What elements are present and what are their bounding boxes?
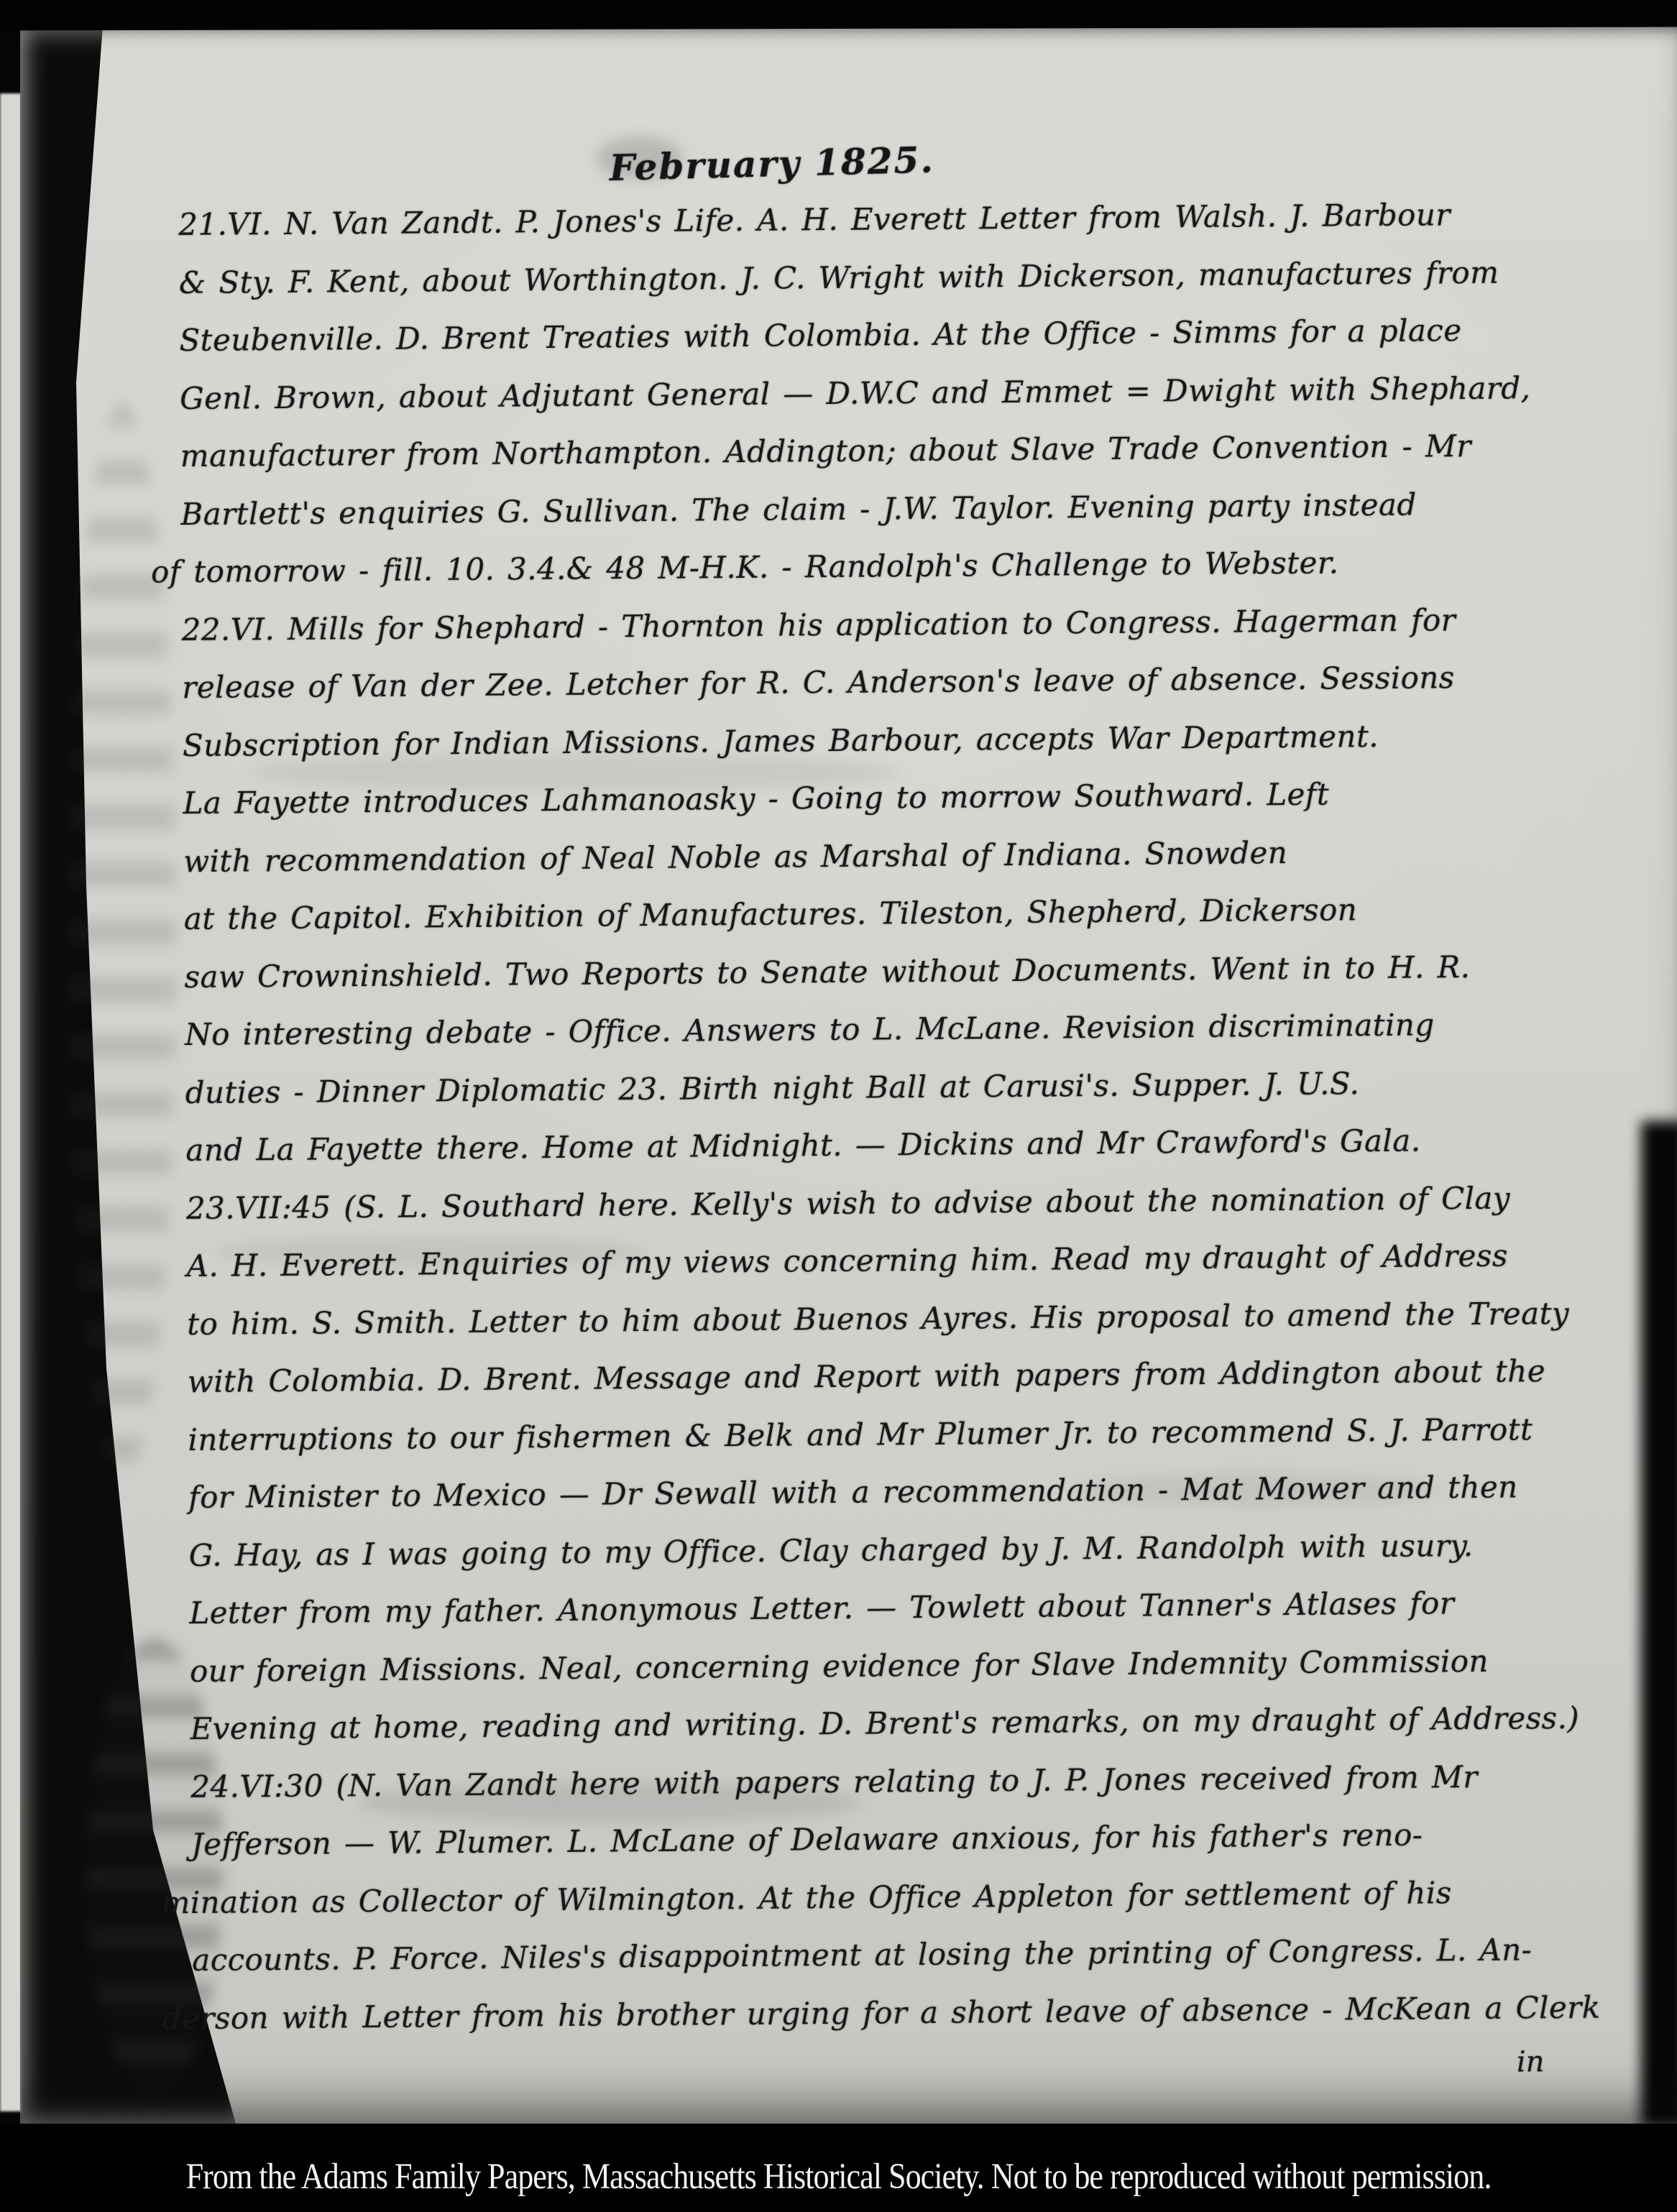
scan-edge-sliver — [0, 93, 22, 2111]
catchword: in — [193, 2037, 1544, 2098]
top-border — [0, 0, 1677, 30]
diary-page: February 1825. 21.VI. N. Van Zandt. P. J… — [178, 129, 1666, 2098]
caption: From the Adams Family Papers, Massachuse… — [17, 2155, 1660, 2197]
photostat-scan: February 1825. 21.VI. N. Van Zandt. P. J… — [0, 0, 1677, 2212]
